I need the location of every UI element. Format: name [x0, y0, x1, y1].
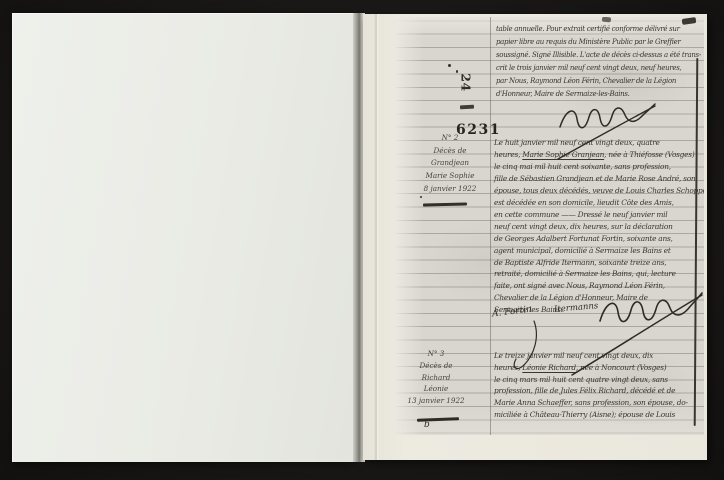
- handwritten-line: Décès de: [414, 145, 486, 158]
- handwritten-line: 13 janvier 1922: [404, 395, 468, 407]
- handwritten-line: est décédée en son domicile, lieudit Côt…: [494, 197, 704, 209]
- register-photo: 24 6231 table annuelle. Pour extrait cer…: [0, 0, 724, 480]
- blank-left-page: [12, 13, 353, 462]
- margin-rule-line: [490, 17, 491, 435]
- handwritten-line: N° 2: [414, 132, 486, 145]
- handwritten-line: miciliée à Château-Thierry (Aisne); épou…: [494, 409, 688, 421]
- handwritten-line: de Georges Adalbert Fortunat Fortin, soi…: [494, 233, 704, 245]
- handwritten-line: neuf cent vingt deux, dix heures, sur la…: [494, 221, 704, 233]
- handwritten-line: Marie Sophie: [414, 170, 486, 183]
- vertical-number-stamp-text: 24: [459, 73, 474, 93]
- handwritten-line: agent municipal, domicilié à Sermaize le…: [494, 245, 704, 257]
- mayor-signature-flourish-top: [544, 93, 660, 179]
- text-segment: heures,: [494, 150, 522, 159]
- vertical-number-stamp: 24: [456, 75, 476, 105]
- margin-note-act-2: N° 2Décès deGrandjeanMarie Sophie8 janvi…: [414, 132, 486, 196]
- register-scan: 24 6231 table annuelle. Pour extrait cer…: [396, 17, 704, 435]
- act-previous-text: table annuelle. Pour extrait certifié co…: [496, 23, 701, 101]
- handwritten-line: Léonie: [404, 383, 468, 395]
- handwritten-line: 8 janvier 1922: [414, 183, 486, 196]
- ink-dot: [448, 64, 451, 67]
- signature-declarant-flourish: [504, 317, 544, 373]
- ink-dot: [420, 196, 422, 198]
- stamp-bar: [460, 105, 474, 110]
- handwritten-line: Marie Anna Schaeffer, sans profession, s…: [494, 397, 688, 409]
- handwritten-line: Décès de: [404, 360, 468, 372]
- mayor-signature-flourish-bottom: [556, 277, 704, 381]
- handwritten-line: papier libre au requis du Ministère Publ…: [496, 36, 701, 49]
- handwritten-line: table annuelle. Pour extrait certifié co…: [496, 23, 701, 36]
- handwritten-line: N° 3: [404, 348, 468, 360]
- handwritten-line: soussigné. Signé Illisible. L'acte de dé…: [496, 49, 701, 62]
- handwritten-line: Grandjean: [414, 157, 486, 170]
- handwritten-line: épouse, tous deux décédés, veuve de Loui…: [494, 185, 704, 197]
- handwritten-line: en cette commune —— Dressé le neuf janvi…: [494, 209, 704, 221]
- page-crease: [374, 14, 379, 460]
- ink-blot: [602, 17, 611, 22]
- margin-note-act-3: N° 3Décès deRichardLéonie13 janvier 1922: [404, 348, 468, 407]
- handwritten-line: par Nous, Raymond Léon Férin, Chevalier …: [496, 75, 701, 88]
- margin-underline: [423, 202, 467, 206]
- handwritten-line: profession, fille de Jules Félix Richard…: [494, 385, 688, 397]
- handwritten-line: Richard: [404, 372, 468, 384]
- handwritten-line: crit le trois janvier mil neuf cent ving…: [496, 62, 701, 75]
- handwritten-line: de Baptiste Alfride Itermann, soixante t…: [494, 257, 704, 269]
- page-mark: b: [424, 420, 430, 430]
